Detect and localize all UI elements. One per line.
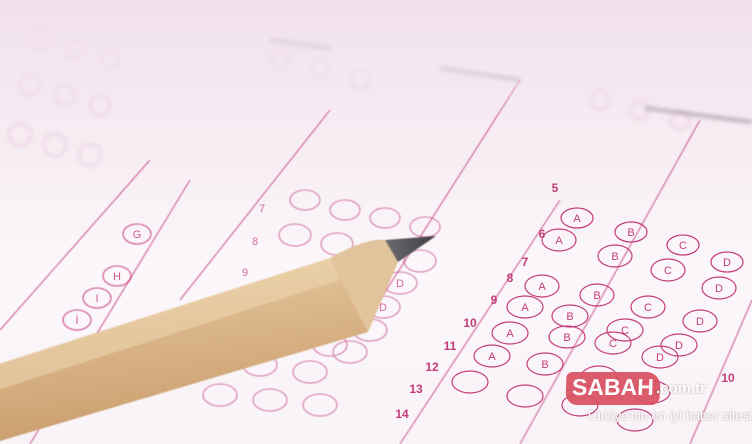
svg-text:9: 9: [242, 267, 248, 279]
svg-text:B: B: [627, 227, 634, 239]
svg-text:H: H: [113, 271, 121, 283]
svg-text:A: A: [506, 328, 514, 340]
svg-text:D: D: [396, 278, 404, 290]
svg-text:C: C: [679, 240, 687, 252]
svg-text:7: 7: [522, 255, 529, 269]
svg-text:9: 9: [491, 293, 498, 307]
svg-text:B: B: [541, 359, 548, 371]
svg-text:A: A: [573, 213, 581, 225]
svg-text:C: C: [621, 325, 629, 337]
svg-text:B: B: [593, 290, 600, 302]
answer-sheet-photo: GHIİ 78910 DD ABCD ABCD: [0, 0, 752, 444]
svg-text:10: 10: [463, 316, 477, 330]
svg-text:A: A: [521, 302, 529, 314]
svg-text:B: B: [563, 332, 570, 344]
svg-text:A: A: [555, 235, 563, 247]
svg-text:B: B: [566, 311, 573, 323]
svg-text:6: 6: [539, 227, 546, 241]
svg-text:D: D: [656, 352, 664, 364]
svg-text:D: D: [715, 283, 723, 295]
svg-text:B: B: [611, 251, 618, 263]
svg-text:İ: İ: [75, 314, 78, 327]
sabah-logo: SABAH: [565, 372, 660, 405]
svg-text:11: 11: [444, 339, 457, 353]
svg-text:7: 7: [259, 203, 265, 215]
svg-text:5: 5: [552, 181, 559, 195]
svg-text:A: A: [488, 351, 496, 363]
svg-text:D: D: [696, 316, 704, 328]
svg-text:14: 14: [395, 407, 409, 421]
svg-text:C: C: [664, 265, 672, 277]
sabah-watermark: SABAH .com.tr Türkiye'nin en iyi haber s…: [562, 366, 752, 436]
svg-text:13: 13: [409, 382, 423, 396]
svg-text:I: I: [95, 293, 98, 305]
svg-text:C: C: [609, 338, 617, 350]
svg-text:8: 8: [252, 236, 258, 248]
svg-text:G: G: [133, 229, 142, 241]
pencil: [0, 236, 436, 444]
watermark-domain: .com.tr: [656, 380, 706, 397]
svg-text:D: D: [379, 302, 387, 314]
svg-text:A: A: [538, 281, 546, 293]
svg-text:D: D: [723, 257, 731, 269]
svg-text:D: D: [675, 340, 683, 352]
watermark-tagline: Türkiye'nin en iyi haber sitesi: [502, 408, 752, 423]
svg-text:C: C: [644, 302, 652, 314]
svg-text:12: 12: [425, 360, 439, 374]
svg-text:8: 8: [507, 271, 514, 285]
